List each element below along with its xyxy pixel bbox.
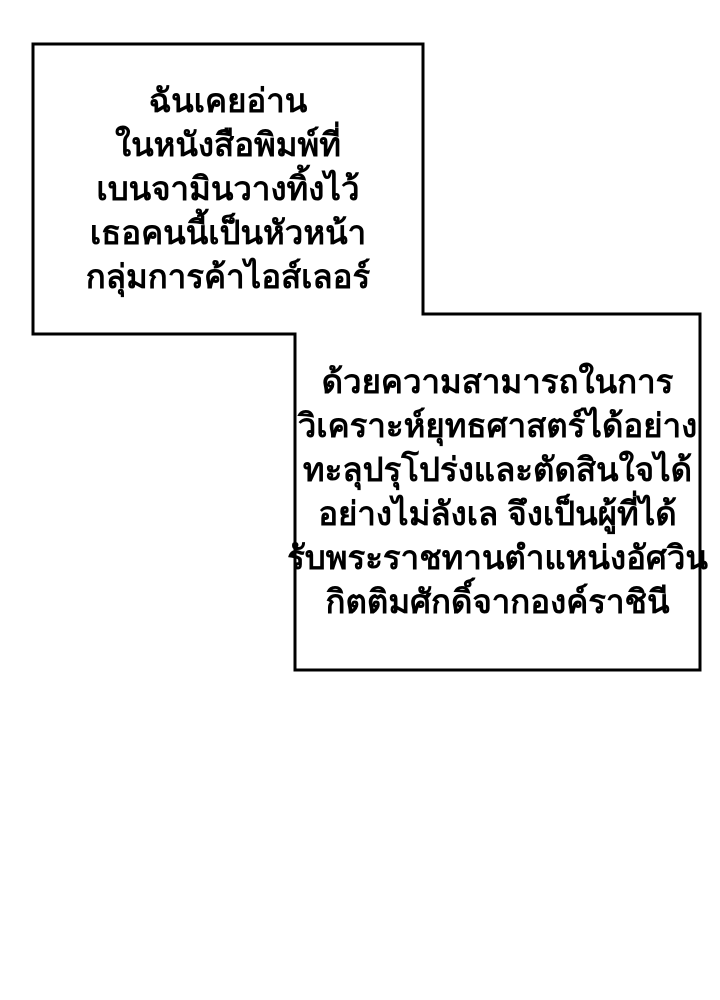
caption-line: วิเคราะห์ยุทธศาสตร์ได้อย่าง [298, 404, 697, 448]
caption-line: รับพระราชทานตำแหน่งอัศวิน [287, 536, 708, 580]
caption-line: ฉันเคยอ่าน [149, 79, 308, 123]
caption-line: กลุ่มการค้าไอส์เลอร์ [86, 255, 370, 299]
caption-line: เบนจามินวางทิ้งไว้ [96, 167, 359, 211]
caption-line: อย่างไม่ลังเล จึงเป็นผู้ที่ได้ [318, 492, 677, 536]
caption-line: ในหนังสือพิมพ์ที่ [115, 123, 341, 167]
caption-line: กิตติมศักดิ์จากองค์ราชินี [325, 580, 669, 624]
caption-line: ทะลุปรุโปร่งและตัดสินใจได้ [303, 448, 692, 492]
caption-box-2: ด้วยความสามารถในการ วิเคราะห์ยุทธศาสตร์ไ… [298, 316, 697, 667]
caption-line: เธอคนนี้เป็นหัวหน้า [90, 211, 366, 255]
caption-box-1: ฉันเคยอ่าน ในหนังสือพิมพ์ที่ เบนจามินวาง… [36, 46, 420, 332]
caption-line: ด้วยความสามารถในการ [322, 360, 674, 404]
comic-panel: ฉันเคยอ่าน ในหนังสือพิมพ์ที่ เบนจามินวาง… [0, 0, 720, 1000]
